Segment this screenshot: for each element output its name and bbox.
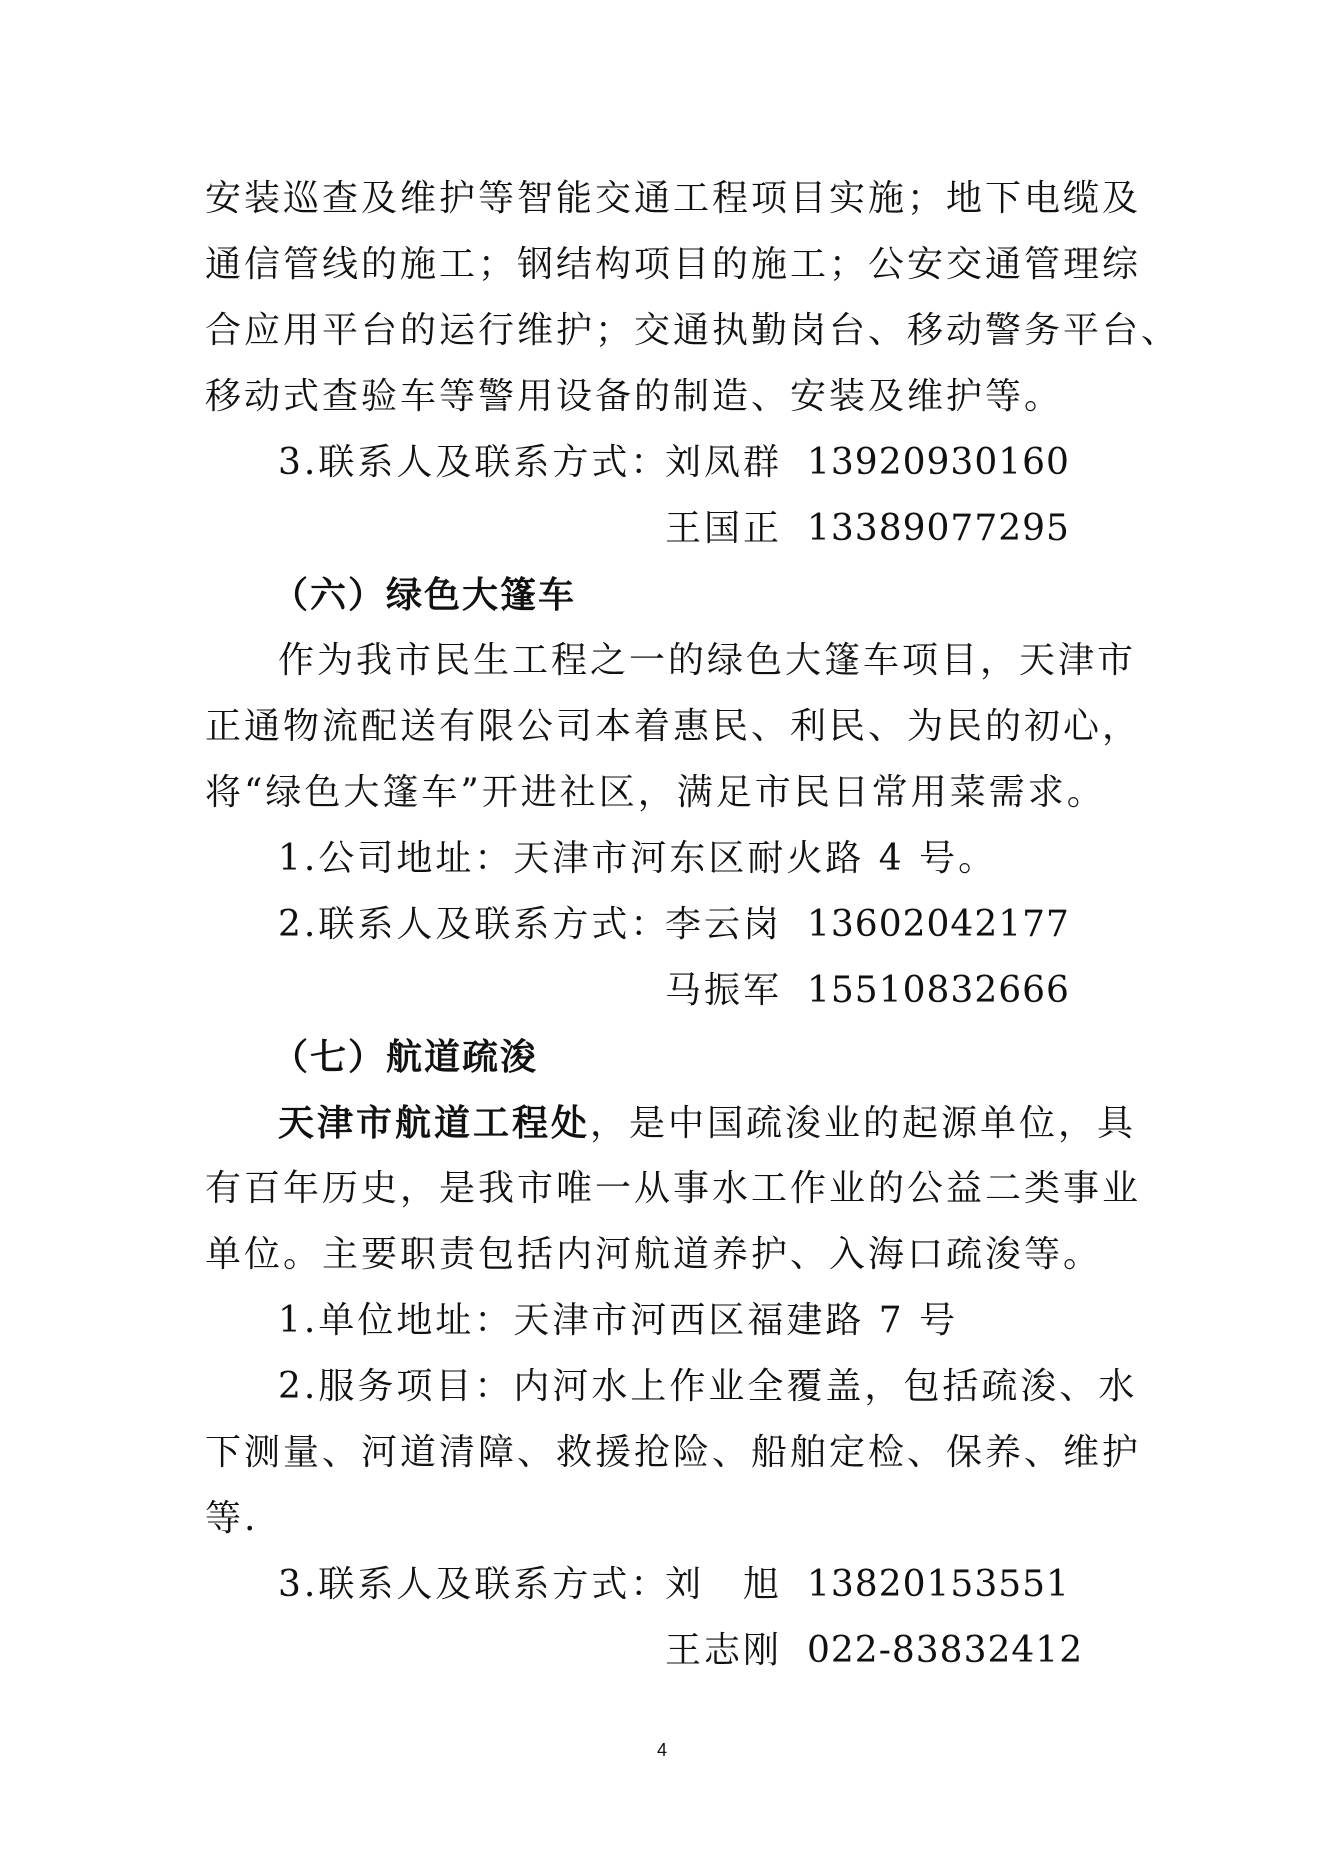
paragraph-line: 天津市航道工程处，是中国疏浚业的起源单位，具 (278, 1100, 1133, 1147)
contact-phone: 13820153551 (807, 1562, 1070, 1608)
contact-row: 3.联系人及联系方式： 刘 旭 13820153551 (278, 1562, 1206, 1608)
paragraph-text: ，是中国疏浚业的起源单位，具 (590, 1103, 1136, 1144)
paragraph-line: 合应用平台的运行维护；交通执勤岗台、移动警务平台、 (205, 308, 1133, 354)
paragraph-line: 2.服务项目：内河水上作业全覆盖，包括疏浚、水 (278, 1364, 1133, 1410)
contact-name: 王国正 (665, 506, 782, 552)
contact-phone: 15510832666 (807, 968, 1070, 1014)
paragraph-line: 将“绿色大篷车”开进社区，满足市民日常用菜需求。 (205, 770, 1133, 816)
address-line: 1.公司地址：天津市河东区耐火路 4 号。 (278, 836, 1206, 882)
section-heading: （七）航道疏浚 (272, 1034, 1200, 1080)
paragraph-line: 正通物流配送有限公司本着惠民、利民、为民的初心， (205, 704, 1133, 750)
contact-name: 刘凤群 (665, 440, 782, 486)
address-line: 1.单位地址：天津市河西区福建路 7 号 (278, 1298, 1206, 1344)
organization-name: 天津市航道工程处 (278, 1102, 590, 1144)
paragraph-line: 作为我市民生工程之一的绿色大篷车项目，天津市 (278, 638, 1133, 684)
contact-row: 2.联系人及联系方式： 李云岗 13602042177 (278, 902, 1206, 948)
contact-name: 马振军 (665, 968, 782, 1014)
paragraph-line: 移动式查验车等警用设备的制造、安装及维护等。 (205, 374, 1133, 420)
contact-name: 李云岗 (665, 902, 782, 948)
paragraph-line: 安装巡查及维护等智能交通工程项目实施；地下电缆及 (205, 176, 1133, 222)
contact-name: 刘 旭 (665, 1562, 782, 1608)
paragraph-line: 有百年历史，是我市唯一从事水工作业的公益二类事业 (205, 1166, 1133, 1212)
contact-phone: 13920930160 (807, 440, 1070, 486)
paragraph-line: 通信管线的施工；钢结构项目的施工；公安交通管理综 (205, 242, 1133, 288)
contact-phone: 13602042177 (807, 902, 1070, 948)
paragraph-line: 单位。主要职责包括内河航道养护、入海口疏浚等。 (205, 1232, 1133, 1278)
paragraph-line: 下测量、河道清障、救援抢险、船舶定检、保养、维护 (205, 1430, 1133, 1476)
contact-name: 王志刚 (665, 1628, 782, 1674)
section-heading: （六）绿色大篷车 (272, 572, 1200, 618)
contact-label: 3.联系人及联系方式： (278, 442, 669, 483)
page-number: 4 (655, 1740, 669, 1761)
paragraph-line: 等. (205, 1496, 1133, 1542)
contact-phone: 13389077295 (807, 506, 1070, 552)
document-page: 安装巡查及维护等智能交通工程项目实施；地下电缆及 通信管线的施工；钢结构项目的施… (0, 0, 1323, 1871)
contact-row: 3.联系人及联系方式： 刘凤群 13920930160 (278, 440, 1206, 486)
contact-label: 2.联系人及联系方式： (278, 904, 669, 945)
contact-label: 3.联系人及联系方式： (278, 1564, 669, 1605)
contact-phone: 022-83832412 (807, 1628, 1083, 1674)
